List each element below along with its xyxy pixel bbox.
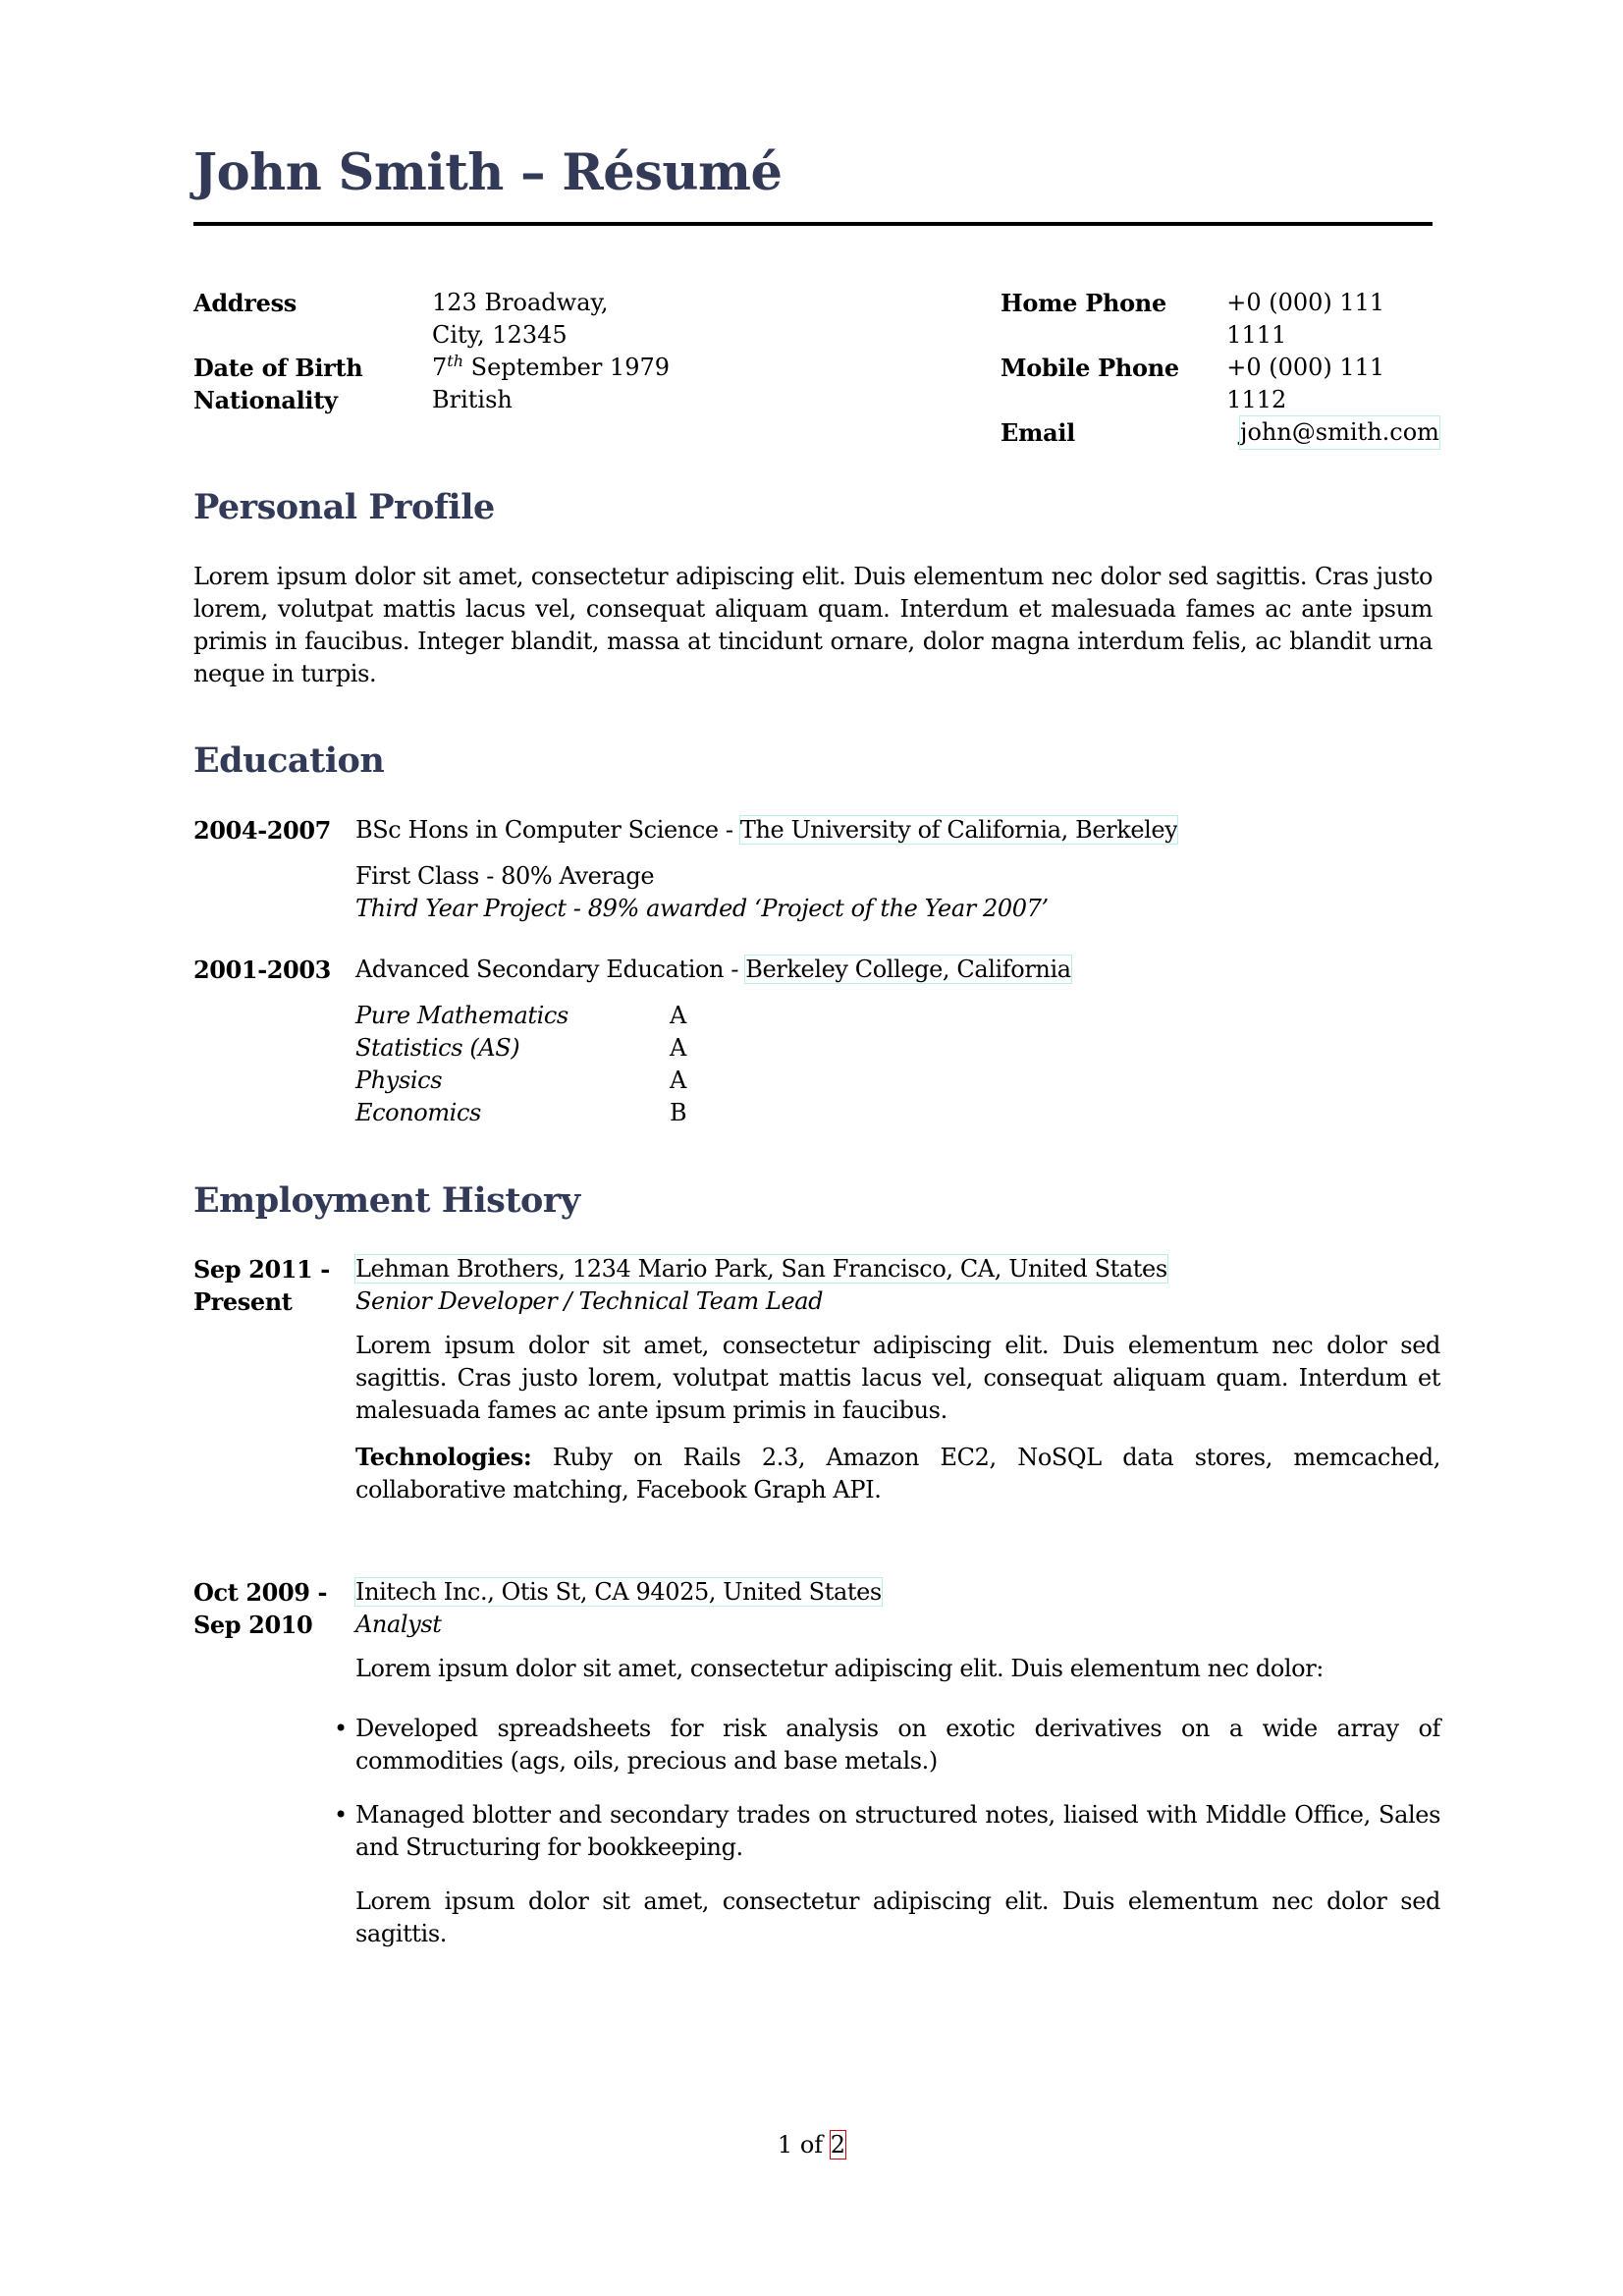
contact-label: Address xyxy=(193,287,432,352)
institution-link[interactable]: Berkeley College, California xyxy=(745,956,1070,983)
contact-label: Mobile Phone xyxy=(1001,352,1226,416)
project: Third Year Project - 89% awarded ‘Projec… xyxy=(355,893,1440,925)
grade: A xyxy=(670,1065,686,1097)
bullet-item: Developed spreadsheets for risk analysis… xyxy=(355,1713,1440,1777)
address-line: 123 Broadway, xyxy=(432,289,609,316)
page-title: John Smith – Résumé xyxy=(193,143,782,202)
result: First Class - 80% Average xyxy=(355,860,1440,893)
entry-body: Initech Inc., Otis St, CA 94025, United … xyxy=(355,1576,1440,1950)
bullet-list: Developed spreadsheets for risk analysis… xyxy=(355,1713,1440,1864)
subject: Economics xyxy=(355,1097,670,1129)
dob-value: 7th September 1979 xyxy=(432,352,670,384)
contact-dob: Date of Birth 7th September 1979 xyxy=(193,352,670,384)
contact-home-phone: Home Phone +0 (000) 111 1111 xyxy=(1001,287,1439,352)
address-value: 123 Broadway, City, 12345 xyxy=(432,287,609,352)
entry-dates: 2001-2003 xyxy=(193,954,351,986)
role: Senior Developer / Technical Team Lead xyxy=(355,1285,1440,1318)
total-pages-link[interactable]: 2 xyxy=(831,2131,845,2159)
grade: A xyxy=(670,1032,686,1065)
subject: Pure Mathematics xyxy=(355,1000,670,1032)
entry-body: BSc Hons in Computer Science - The Unive… xyxy=(355,814,1440,925)
contact-address: Address 123 Broadway, City, 12345 xyxy=(193,287,670,352)
contact-right: Home Phone +0 (000) 111 1111 Mobile Phon… xyxy=(1001,287,1439,449)
employer-link[interactable]: Lehman Brothers, 1234 Mario Park, San Fr… xyxy=(355,1255,1167,1283)
grade: A xyxy=(670,1000,686,1032)
profile-text: Lorem ipsum dolor sit amet, consectetur … xyxy=(193,561,1433,690)
nationality-value: British xyxy=(432,384,513,416)
section-heading-profile: Personal Profile xyxy=(193,487,495,527)
description: Lorem ipsum dolor sit amet, consectetur … xyxy=(355,1330,1440,1427)
entry-body: Advanced Secondary Education - Berkeley … xyxy=(355,954,1440,1129)
home-phone-value: +0 (000) 111 1111 xyxy=(1226,287,1439,352)
entry-body: Lehman Brothers, 1234 Mario Park, San Fr… xyxy=(355,1253,1440,1506)
employer-link[interactable]: Initech Inc., Otis St, CA 94025, United … xyxy=(355,1578,882,1606)
page-number-text: 1 of xyxy=(778,2131,831,2159)
title-rule xyxy=(193,222,1433,226)
contact-label: Date of Birth xyxy=(193,352,432,384)
degree: Advanced Secondary Education - xyxy=(355,956,745,983)
entry-dates: Sep 2011 -Present xyxy=(193,1253,351,1318)
grade-row: Pure MathematicsA xyxy=(355,1000,1440,1032)
entry-dates: Oct 2009 -Sep 2010 xyxy=(193,1576,351,1641)
contact-email: Email john@smith.com xyxy=(1001,416,1439,449)
outro: Lorem ipsum dolor sit amet, consectetur … xyxy=(355,1886,1440,1950)
subject: Physics xyxy=(355,1065,670,1097)
bullet-item: Managed blotter and secondary trades on … xyxy=(355,1799,1440,1864)
institution-link[interactable]: The University of California, Berkeley xyxy=(740,816,1178,844)
grade-row: Statistics (AS)A xyxy=(355,1032,1440,1065)
grade-row: PhysicsA xyxy=(355,1065,1440,1097)
contact-label: Home Phone xyxy=(1001,287,1226,352)
intro: Lorem ipsum dolor sit amet, consectetur … xyxy=(355,1653,1440,1685)
role: Analyst xyxy=(355,1609,1440,1641)
email-link[interactable]: john@smith.com xyxy=(1240,416,1439,449)
grades-table: Pure MathematicsA Statistics (AS)A Physi… xyxy=(355,1000,1440,1129)
subject: Statistics (AS) xyxy=(355,1032,670,1065)
degree: BSc Hons in Computer Science - xyxy=(355,816,740,844)
entry-dates: 2004-2007 xyxy=(193,814,351,847)
contact-nationality: Nationality British xyxy=(193,384,670,416)
technologies: Technologies: Ruby on Rails 2.3, Amazon … xyxy=(355,1441,1440,1506)
section-heading-employment: Employment History xyxy=(193,1180,580,1221)
page-footer: 1 of 2 xyxy=(0,2131,1623,2159)
contact-label: Nationality xyxy=(193,384,432,416)
grade-row: EconomicsB xyxy=(355,1097,1440,1129)
grade: B xyxy=(670,1097,686,1129)
section-heading-education: Education xyxy=(193,740,384,781)
contact-mobile-phone: Mobile Phone +0 (000) 111 1112 xyxy=(1001,352,1439,416)
address-line: City, 12345 xyxy=(432,321,568,349)
contact-label: Email xyxy=(1001,416,1240,449)
contact-left: Address 123 Broadway, City, 12345 Date o… xyxy=(193,287,670,416)
mobile-phone-value: +0 (000) 111 1112 xyxy=(1226,352,1439,416)
